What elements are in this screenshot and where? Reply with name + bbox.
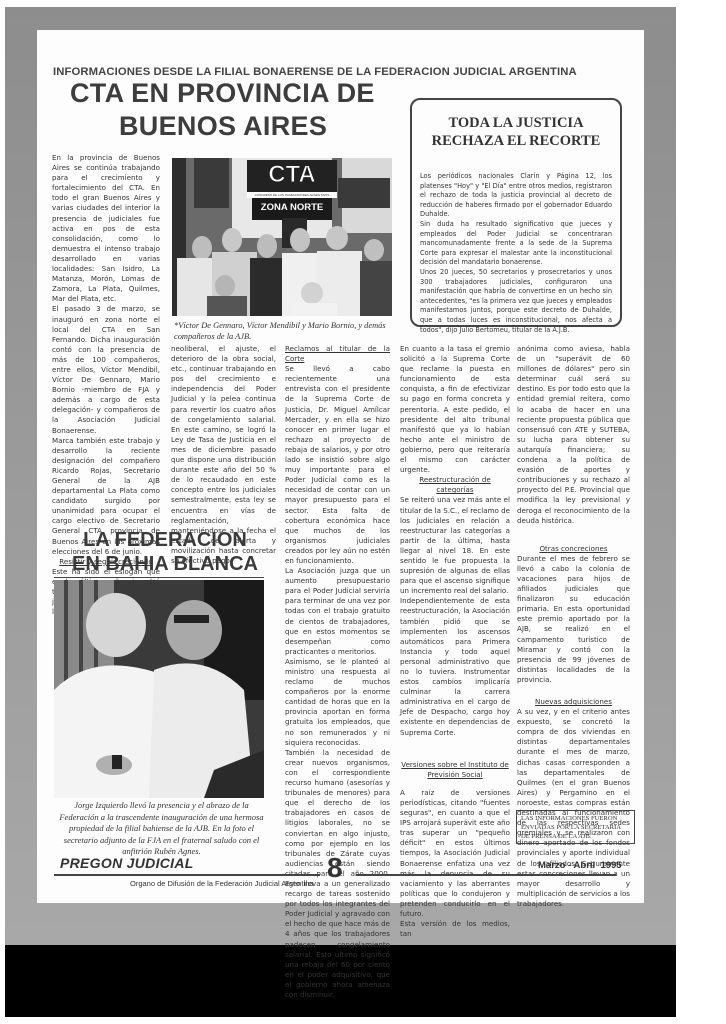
paragraph: A raíz de versiones periodísticas, citan… [400,788,510,919]
footer-rule-right [356,874,616,876]
paragraph: La Asociación juzga que un aumento presu… [285,566,390,657]
sidebar-paragraph: Los periódicos nacionales Clarín y Págin… [420,172,612,220]
paragraph: En cuanto a la tasa el gremio solicitó a… [400,344,510,475]
paragraph: El pasado 3 de marzo, se inauguró en zon… [52,304,160,435]
zona-norte-sign: ZONA NORTE [252,202,332,213]
bahia-rule [54,577,264,578]
cta-sign: CTA [252,160,332,190]
column-3: Reclamos al titular de la Corte Se llevó… [285,344,390,1000]
column-4: En cuanto a la tasa el gremio solicitó a… [400,344,510,939]
main-headline-line2: BUENOS AIRES [119,111,327,142]
paragraph: Independientemente de esta reestructurac… [400,596,510,737]
bahia-photo-caption: Jorge Izquierdo llevó la presencia y el … [54,800,269,858]
subhead-reclamos: Reclamos al titular de la Corte [285,344,390,364]
cta-photo: CTA CONGRESO DE LOS TRABAJADORES ARGENTI… [172,158,392,316]
masthead: PREGON JUDICIAL [60,855,194,871]
paragraph: Esta versión de los medios, tan [400,919,510,939]
sidebar-paragraph: Unos 20 jueces, 50 secretarios y prosecr… [420,268,612,335]
cta-photo-caption: *Víctor De Gennaro, Víctor Mendibil y Ma… [174,320,399,342]
paragraph: Durante el mes de febrero se llevó a cab… [517,554,630,685]
subhead-ips: Versiones sobre el Instituto de Previsió… [400,760,510,780]
sidebar-title: TODA LA JUSTICIA RECHAZA EL RECORTE [412,114,620,150]
paragraph: En la provincia de Buenos Aires se conti… [52,153,160,304]
subhead-otras-concreciones: Otras concreciones [517,544,630,554]
paragraph: anónima como aviesa, habla de un "superá… [517,344,630,526]
footer-tagline: Organo de Difusión de la Federación Judi… [130,879,313,888]
sidebar-paragraph: Sin duda ha resultado significativo que … [420,220,612,268]
paragraph: Asimismo, se le planteó al ministro una … [285,657,390,748]
paragraph: Se reiteró una vez más ante el titular d… [400,495,510,596]
sidebar-box: TODA LA JUSTICIA RECHAZA EL RECORTE Los … [410,98,622,327]
footer-rule-left [54,874,320,876]
subhead-reestructuracion: Reestructuración de categorías [400,475,510,495]
subhead-nuevas-adquisiciones: Nuevas adquisiciones [517,697,630,707]
bahia-headline: LA FEDERACION EN BAHIA BLANCA [60,528,270,576]
main-headline-line1: CTA EN PROVINCIA DE [70,78,375,109]
page-number: 8 [327,852,343,884]
footnote-box: LAS INFORMACIONES FUERON ENVIADAS POR LA… [516,810,635,844]
bahia-photo [54,580,264,798]
bahia-photo-illustration [54,580,264,798]
paragraph: Se llevó a cabo recientemente una entrev… [285,364,390,566]
sidebar-body: Los periódicos nacionales Clarín y Págin… [412,172,620,335]
issue-date: Marzo - Abril 1995 [538,860,622,871]
cta-sign-subtext: CONGRESO DE LOS TRABAJADORES ARGENTINOS [247,192,337,198]
kicker: INFORMACIONES DESDE LA FILIAL BONAERENSE… [53,66,613,78]
paragraph: A su vez, y en el criterio antes expuest… [517,707,630,909]
